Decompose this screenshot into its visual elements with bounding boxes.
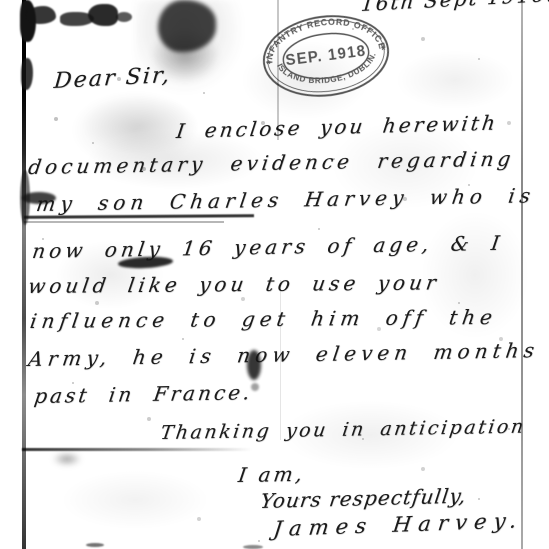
top-edge-blot (88, 4, 118, 26)
letter-line-3-rest: Harvey who is (282, 183, 537, 211)
letter-line-6: influence to get him off the (29, 306, 499, 332)
letter-line-3: my son Charles Harvey who is (35, 184, 537, 215)
ink-smudge-core (158, 0, 216, 52)
edge-blob (20, 0, 36, 42)
letter-line-1: I enclose you herewith (175, 112, 499, 142)
bottom-mark (86, 543, 104, 547)
stamp-center-date: SEP. 1918 (285, 43, 368, 70)
letter-line-8: past in France. (33, 381, 254, 407)
closing-line-1: Thanking you in anticipation (159, 417, 527, 444)
edge-blob (21, 58, 33, 90)
paper-mottle (395, 50, 515, 110)
underlined-name: my son Charles (35, 188, 285, 216)
bottom-mark (243, 545, 263, 549)
closing-line-3: Yours respectfully, (259, 485, 468, 512)
scan-edge-right (521, 0, 523, 549)
letter-line-4: now only 16 years of age, & I (31, 232, 505, 262)
stamp-oval: INFANTRY RECORD OFFICE ISLAND BRIDGE, DU… (256, 6, 395, 105)
letter-date: 16th Sept 1916. (360, 0, 549, 15)
signature: James Harvey. (272, 509, 525, 541)
paper-mottle (60, 470, 210, 530)
top-edge-blot (26, 6, 56, 24)
letter-line-5: would like you to use your (27, 271, 442, 297)
top-edge-blot (116, 12, 132, 22)
dust-speckles (0, 0, 2, 2)
top-edge-blot (60, 12, 94, 26)
letter-line-7: Army, he is now eleven months (27, 339, 541, 370)
salutation: Dear Sir, (53, 64, 172, 94)
fold-line-smudge (52, 452, 82, 466)
closing-line-2: I am, (237, 463, 307, 486)
scan-edge-left (22, 0, 26, 549)
letter-line-2: documentary evidence regarding (27, 148, 516, 178)
record-office-stamp: INFANTRY RECORD OFFICE ISLAND BRIDGE, DU… (256, 6, 395, 105)
fold-line-horizontal (22, 448, 252, 451)
scanned-letter-page: INFANTRY RECORD OFFICE ISLAND BRIDGE, DU… (0, 0, 549, 549)
underline-echo (24, 221, 224, 223)
